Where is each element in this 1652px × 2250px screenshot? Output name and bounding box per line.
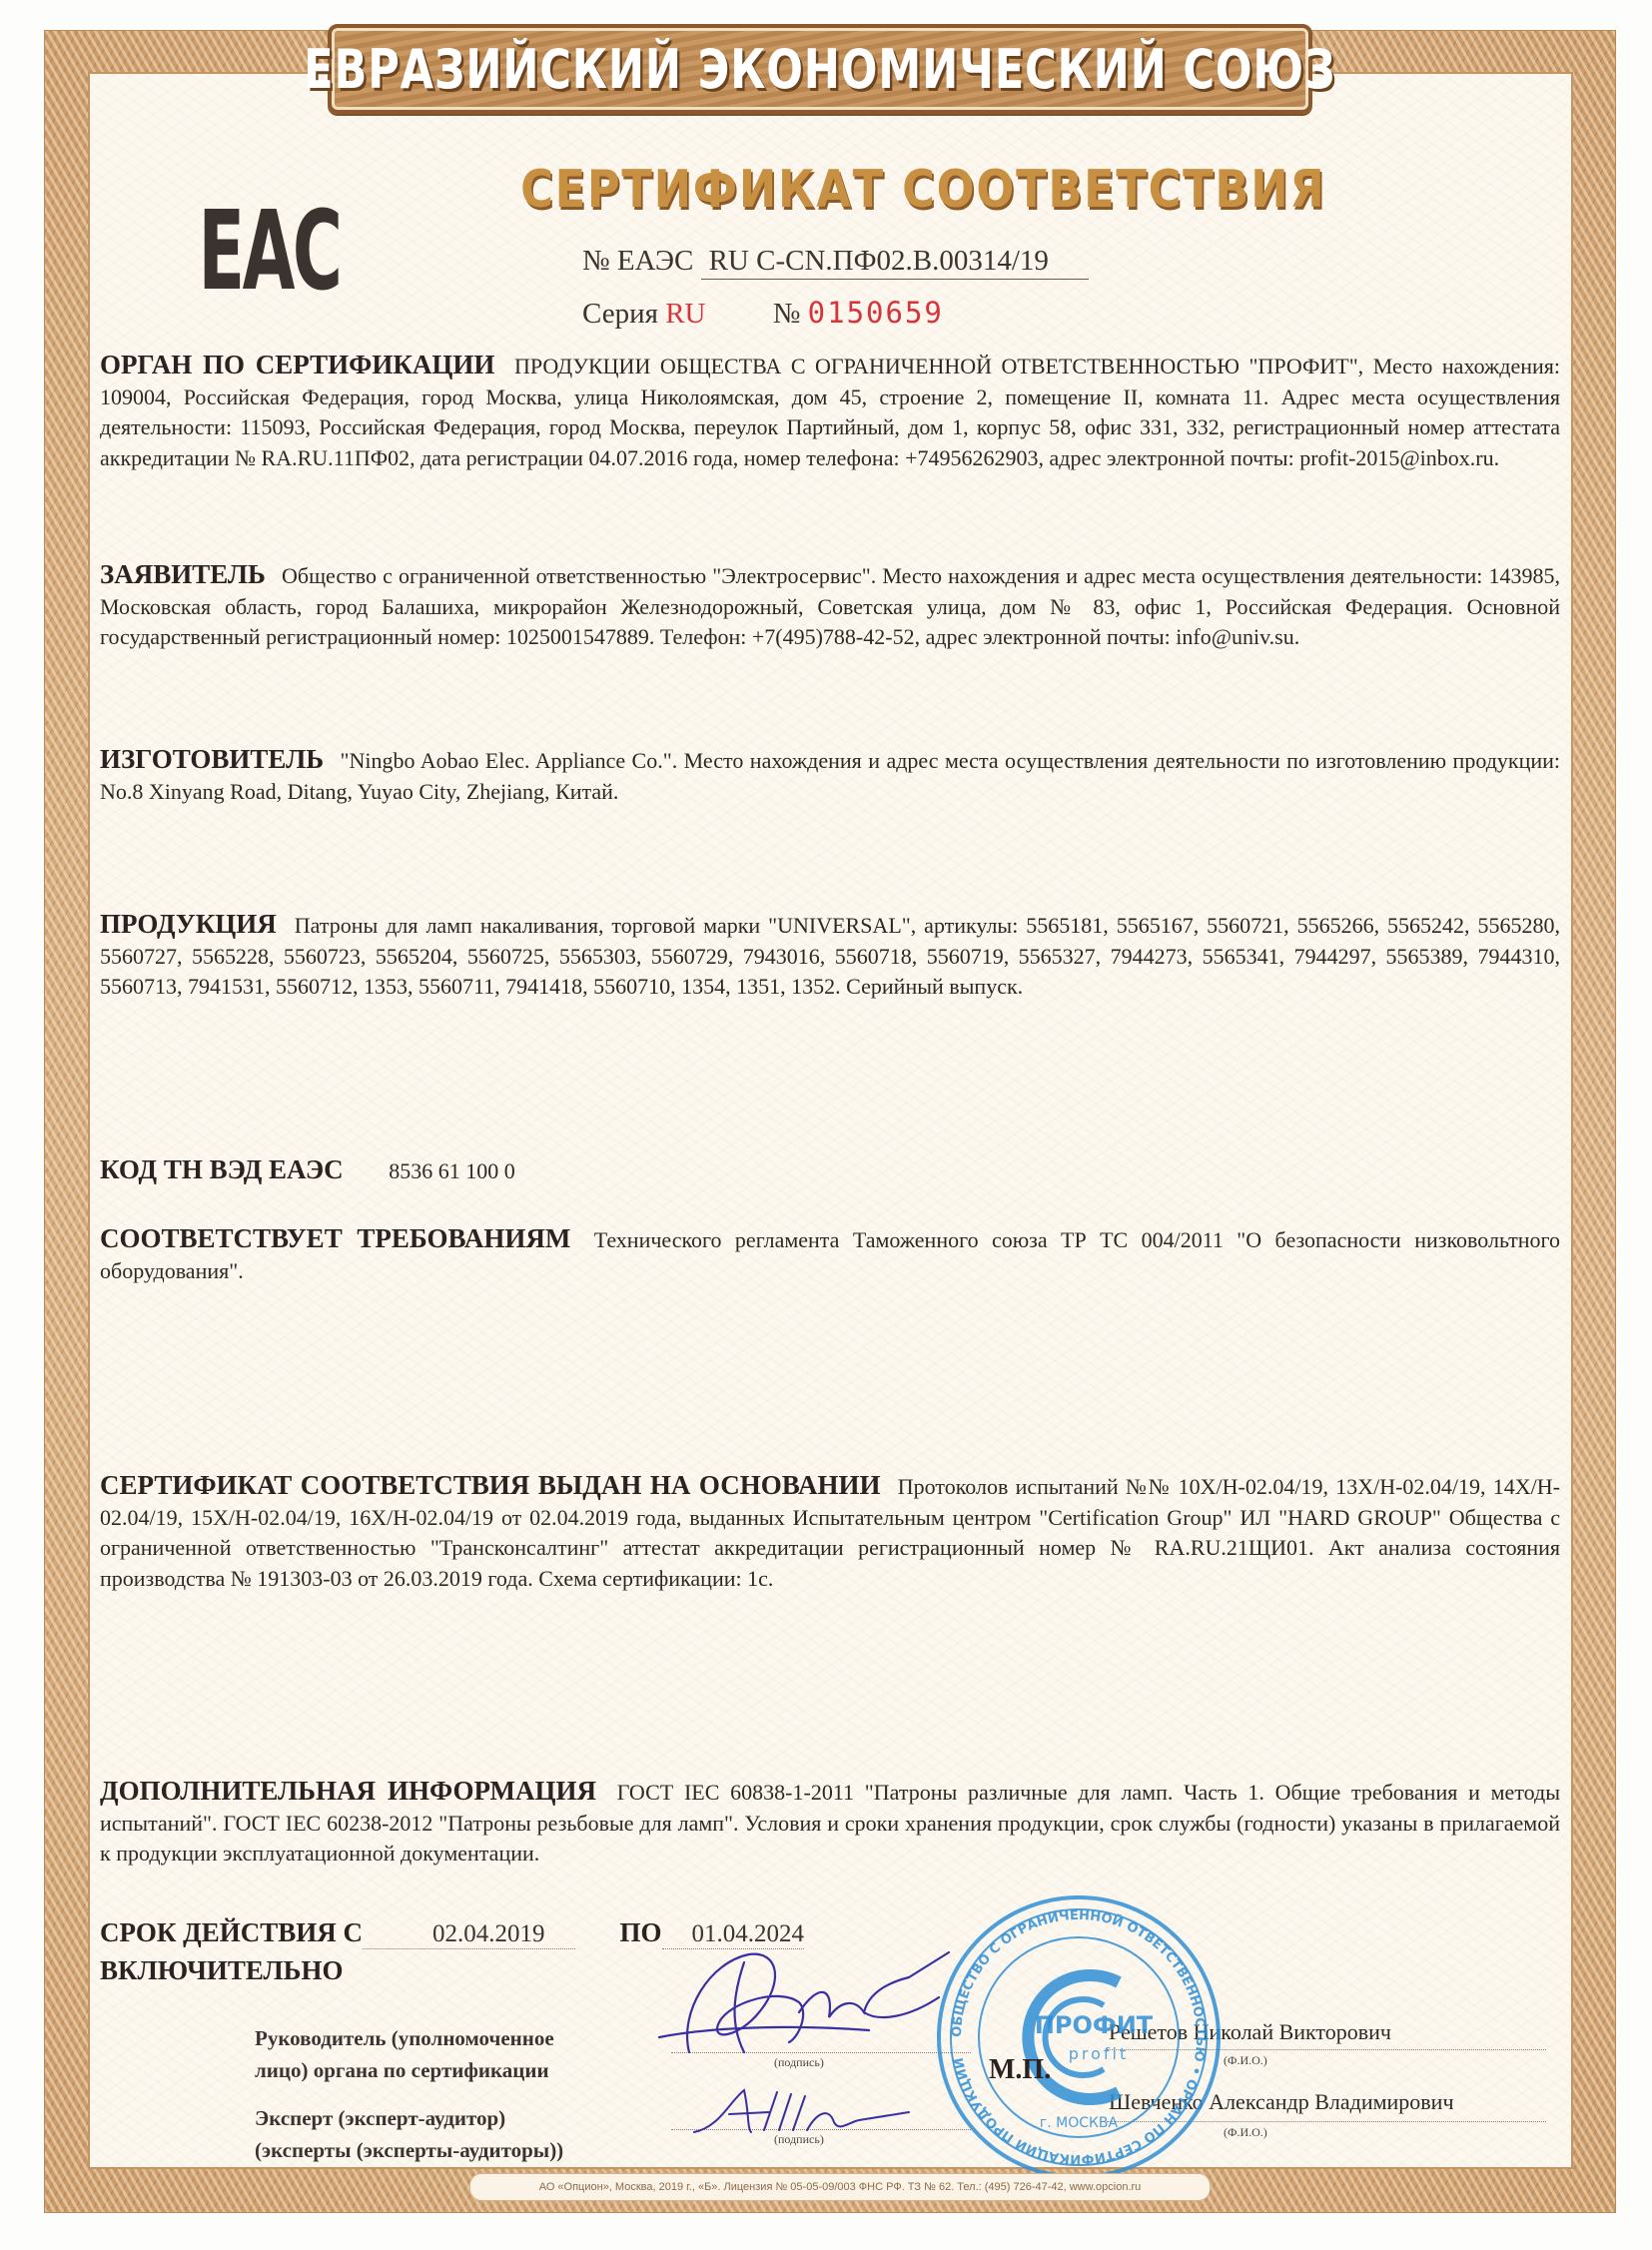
series-label: Серия: [582, 298, 658, 330]
section-label: СЕРТИФИКАТ СООТВЕТСТВИЯ ВЫДАН НА ОСНОВАН…: [100, 1470, 881, 1500]
svg-text:profit: profit: [1069, 2044, 1130, 2063]
section-label: ЗАЯВИТЕЛЬ: [100, 559, 266, 589]
section-additional-info: ДОПОЛНИТЕЛЬНАЯ ИНФОРМАЦИЯ ГОСТ IEC 60838…: [100, 1776, 1560, 1870]
section-label: КОД ТН ВЭД ЕАЭС: [100, 1154, 344, 1184]
union-title: ЕВРАЗИЙСКИЙ ЭКОНОМИЧЕСКИЙ СОЮЗ: [304, 38, 1335, 101]
validity-from-date: 02.04.2019: [363, 1920, 575, 1949]
section-text: Общество с ограниченной ответственностью…: [100, 563, 1560, 649]
serial-value: 0150659: [808, 296, 944, 330]
section-label: ИЗГОТОВИТЕЛЬ: [100, 744, 324, 774]
section-basis: СЕРТИФИКАТ СООТВЕТСТВИЯ ВЫДАН НА ОСНОВАН…: [100, 1470, 1560, 1594]
svg-text:г. МОСКВА: г. МОСКВА: [1040, 2115, 1119, 2131]
series-value: RU: [665, 298, 705, 330]
section-label: ДОПОЛНИТЕЛЬНАЯ ИНФОРМАЦИЯ: [100, 1776, 596, 1806]
svg-text:ПРОФИТ: ПРОФИТ: [1035, 2011, 1154, 2039]
section-label: ПРОДУКЦИЯ: [100, 909, 277, 939]
name-caption: (Ф.И.О.): [1224, 2053, 1267, 2068]
serial-label: №: [773, 298, 801, 330]
section-label: СООТВЕТСТВУЕТ ТРЕБОВАНИЯМ: [100, 1223, 570, 1253]
section-text: Патроны для ламп накаливания, торговой м…: [100, 913, 1560, 999]
expert-signature-icon: [689, 2082, 919, 2142]
seal-mark: М.П.: [989, 2054, 1051, 2086]
certificate-series: Серия RU № 0150659: [582, 296, 944, 331]
expert-label: Эксперт (эксперт-аудитор) (эксперты (экс…: [255, 2102, 563, 2166]
section-manufacturer: ИЗГОТОВИТЕЛЬ "Ningbo Aobao Elec. Applian…: [100, 744, 1560, 807]
certificate-number-value: RU C-CN.ПФ02.В.00314/19: [701, 245, 1089, 280]
name-caption: (Ф.И.О.): [1224, 2125, 1267, 2140]
certificate-number: № ЕАЭС RU C-CN.ПФ02.В.00314/19: [582, 245, 1089, 278]
hs-code-value: 8536 61 100 0: [389, 1158, 515, 1183]
section-applicant: ЗАЯВИТЕЛЬ Общество с ограниченной ответс…: [100, 559, 1560, 653]
section-product: ПРОДУКЦИЯ Патроны для ламп накаливания, …: [100, 909, 1560, 1003]
section-hs-code: КОД ТН ВЭД ЕАЭС 8536 61 100 0: [100, 1154, 1560, 1187]
certificate-title: СЕРТИФИКАТ СООТВЕТСТВИЯ: [520, 160, 1148, 220]
section-certification-body: ОРГАН ПО СЕРТИФИКАЦИИ ПРОДУКЦИИ ОБЩЕСТВА…: [100, 350, 1560, 473]
section-label: ОРГАН ПО СЕРТИФИКАЦИИ: [100, 350, 494, 379]
union-banner: ЕВРАЗИЙСКИЙ ЭКОНОМИЧЕСКИЙ СОЮЗ: [328, 24, 1312, 114]
section-conformity: СООТВЕТСТВУЕТ ТРЕБОВАНИЯМ Технического р…: [100, 1223, 1560, 1286]
eac-logo-icon: EAC: [196, 178, 342, 324]
head-signature-icon: [649, 1942, 979, 2062]
certificate-number-label: № ЕАЭС: [582, 245, 693, 277]
validity-from-label: СРОК ДЕЙСТВИЯ С: [100, 1917, 363, 1948]
head-label: Руководитель (уполномоченное лицо) орган…: [255, 2022, 554, 2086]
printer-imprint: АО «Опцион», Москва, 2019 г., «Б». Лицен…: [469, 2173, 1211, 2201]
